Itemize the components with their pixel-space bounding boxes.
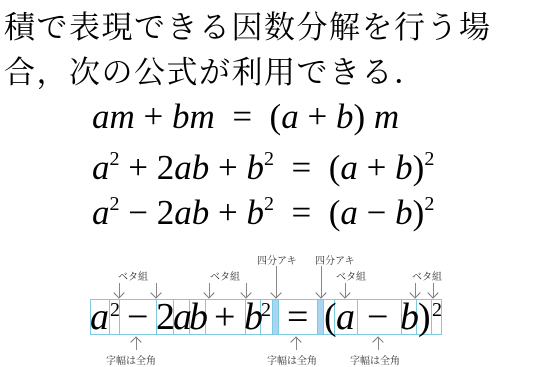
glyph-equals: = [287,299,308,335]
label-beta-4: ベタ組 [412,268,442,283]
arrowhead-up-1 [130,336,141,347]
glyph-b2: b [400,299,419,335]
glyph-lparen: ( [324,299,337,335]
label-beta-1: ベタ組 [118,268,148,283]
label-zenkaku-3: 字幅は全角 [350,352,400,367]
glyph-sq2: 2 [261,292,271,328]
label-shibun-1: 四分アキ [257,252,297,267]
glyph-a2: a [336,299,355,335]
arrowhead-down-shibun-1 [270,287,281,298]
glyph-minus: − [127,299,148,335]
label-shibun-2: 四分アキ [315,252,355,267]
arrowhead-up-3 [372,336,383,347]
label-beta-3: ベタ組 [336,268,366,283]
glyph-ab-b: b [189,299,208,335]
label-zenkaku-1: 字幅は全角 [106,352,156,367]
glyph-a: a [90,299,109,335]
label-zenkaku-2: 字幅は全角 [267,352,317,367]
spacing-diagram: a 2 − 2 a b + b 2 = ( a − b ) 2 ベタ組 ベタ組 … [0,0,540,367]
arrowhead-up-2 [290,336,301,347]
glyph-plus: + [214,299,235,335]
glyph-rparen: ) [418,299,431,335]
glyph-minus2: − [367,299,388,335]
label-beta-2: ベタ組 [210,268,240,283]
